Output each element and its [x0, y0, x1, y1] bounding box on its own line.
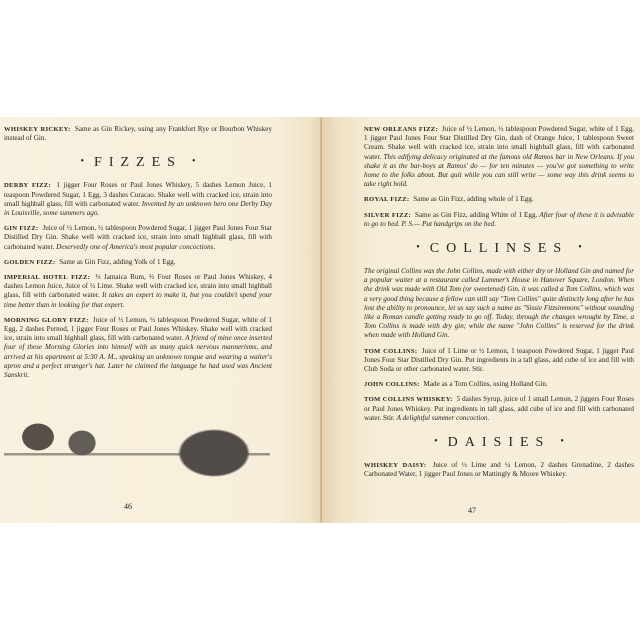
left-page-content: WHISKEY RICKEY: Same as Gin Rickey, usin…	[4, 125, 272, 386]
section-title: DAISIES	[448, 435, 551, 450]
section-bullet-icon: •	[416, 242, 420, 253]
recipe-name: IMPERIAL HOTEL FIZZ:	[4, 274, 90, 281]
recipe-entry: MORNING GLORY FIZZ: Juice of ½ Lemon, ½ …	[4, 316, 272, 380]
recipe-entry: IMPERIAL HOTEL FIZZ: ⅓ Jamaica Rum, ⅔ Fo…	[4, 273, 272, 310]
recipe-entry: SILVER FIZZ: Same as Gin Fizz, adding Wh…	[364, 211, 634, 229]
recipe-note: Deservedly one of America's most popular…	[56, 243, 215, 251]
recipe-name: ROYAL FIZZ:	[364, 196, 409, 203]
recipe-name: WHISKEY DAISY:	[364, 462, 426, 469]
section-bullet-icon: •	[192, 156, 196, 167]
open-book-spread: WHISKEY RICKEY: Same as Gin Rickey, usin…	[0, 117, 640, 523]
recipe-name: NEW ORLEANS FIZZ:	[364, 126, 438, 133]
recipe-text: Same as Gin Fizz, adding Yolk of 1 Egg.	[59, 258, 175, 266]
right-page-content: NEW ORLEANS FIZZ: Juice of ½ Lemon, ½ ta…	[364, 125, 634, 485]
section-bullet-icon: •	[560, 436, 564, 447]
recipe-name: MORNING GLORY FIZZ:	[4, 317, 89, 324]
section-intro: The original Collins was the John Collin…	[364, 267, 634, 341]
recipe-name: TOM COLLINS WHISKEY:	[364, 396, 453, 403]
section-title: COLLINSES	[430, 241, 568, 256]
recipe-entry: GOLDEN FIZZ: Same as Gin Fizz, adding Yo…	[4, 258, 272, 267]
recipe-entry: WHISKEY RICKEY: Same as Gin Rickey, usin…	[4, 125, 272, 143]
recipe-name: GOLDEN FIZZ:	[4, 259, 55, 266]
page-number: 46	[108, 502, 148, 511]
recipe-name: TOM COLLINS:	[364, 348, 417, 355]
recipe-note: A delightful summer concoction.	[397, 414, 490, 422]
recipe-entry: NEW ORLEANS FIZZ: Juice of ½ Lemon, ½ ta…	[364, 125, 634, 189]
recipe-name: JOHN COLLINS:	[364, 381, 420, 388]
section-title: FIZZES	[94, 155, 182, 170]
recipe-entry: TOM COLLINS WHISKEY: 5 dashes Syrup, jui…	[364, 395, 634, 423]
left-page: WHISKEY RICKEY: Same as Gin Rickey, usin…	[0, 117, 322, 523]
recipe-name: DERBY FIZZ:	[4, 182, 51, 189]
recipe-entry: TOM COLLINS: Juice of 1 Lime or ½ Lemon,…	[364, 347, 634, 375]
recipe-name: SILVER FIZZ:	[364, 212, 411, 219]
recipe-name: WHISKEY RICKEY:	[4, 126, 71, 133]
recipe-name: GIN FIZZ:	[4, 225, 39, 232]
recipe-entry: ROYAL FIZZ: Same as Gin Fizz, adding who…	[364, 195, 634, 204]
section-bullet-icon: •	[578, 242, 582, 253]
recipe-note: This edifying delicacy originated at the…	[364, 153, 634, 189]
recipe-entry: WHISKEY DAISY: Juice of ½ Lime and ¼ Lem…	[364, 461, 634, 479]
section-bullet-icon: •	[434, 436, 438, 447]
right-page: NEW ORLEANS FIZZ: Juice of ½ Lemon, ½ ta…	[322, 117, 640, 523]
section-heading-fizzes: •FIZZES•	[4, 155, 272, 171]
recipe-text: Same as Gin Fizz, adding White of 1 Egg.	[415, 211, 537, 219]
page-number: 47	[452, 506, 492, 515]
recipe-entry: JOHN COLLINS: Made as a Tom Collins, usi…	[364, 380, 634, 389]
section-heading-daisies: •DAISIES•	[364, 435, 634, 451]
section-heading-collinses: •COLLINSES•	[364, 241, 634, 257]
recipe-entry: GIN FIZZ: Juice of ½ Lemon, ½ tablespoon…	[4, 224, 272, 252]
recipe-text: Same as Gin Fizz, adding whole of 1 Egg.	[413, 195, 534, 203]
recipe-text: Made as a Tom Collins, using Holland Gin…	[424, 380, 548, 388]
recipe-entry: DERBY FIZZ: 1 jigger Four Roses or Paul …	[4, 181, 272, 218]
section-bullet-icon: •	[81, 156, 85, 167]
bar-scene-illustration	[4, 409, 270, 489]
